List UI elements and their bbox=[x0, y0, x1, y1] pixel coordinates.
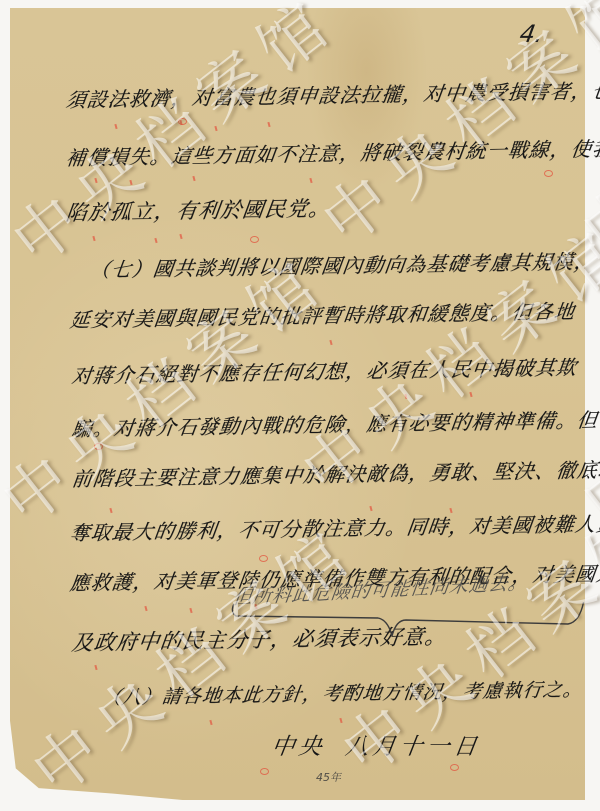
red-mark bbox=[214, 126, 217, 131]
red-mark bbox=[179, 234, 182, 239]
red-mark bbox=[94, 665, 97, 670]
red-mark bbox=[267, 122, 270, 127]
red-circle-mark bbox=[260, 768, 269, 775]
red-mark bbox=[154, 238, 157, 243]
red-mark bbox=[92, 236, 95, 241]
red-mark bbox=[192, 176, 195, 181]
signature-block: 中央八月十一日 bbox=[270, 728, 484, 761]
red-mark bbox=[129, 180, 132, 185]
red-mark bbox=[404, 394, 407, 399]
red-mark bbox=[309, 178, 312, 183]
red-circle-mark bbox=[259, 555, 268, 562]
red-circle-mark bbox=[450, 764, 459, 771]
year-note: 45年 bbox=[316, 769, 341, 785]
text-line-3: 陷於孤立，有利於國民党。 bbox=[64, 192, 332, 227]
red-circle-mark bbox=[544, 170, 553, 177]
signature-sender: 中央 bbox=[270, 734, 328, 760]
red-mark bbox=[94, 178, 97, 183]
red-circle-mark bbox=[178, 118, 187, 125]
red-mark bbox=[109, 508, 112, 513]
red-circle-mark bbox=[250, 236, 259, 243]
red-mark bbox=[144, 606, 147, 611]
red-mark bbox=[469, 392, 472, 397]
red-mark bbox=[209, 720, 212, 725]
signature-date: 八月十一日 bbox=[344, 734, 483, 760]
annotation-bracket-icon bbox=[228, 602, 588, 642]
red-mark bbox=[369, 506, 372, 511]
red-mark bbox=[339, 718, 342, 723]
red-mark bbox=[114, 124, 117, 129]
red-mark bbox=[329, 340, 332, 345]
red-circle-mark bbox=[94, 443, 103, 450]
red-mark bbox=[189, 608, 192, 613]
